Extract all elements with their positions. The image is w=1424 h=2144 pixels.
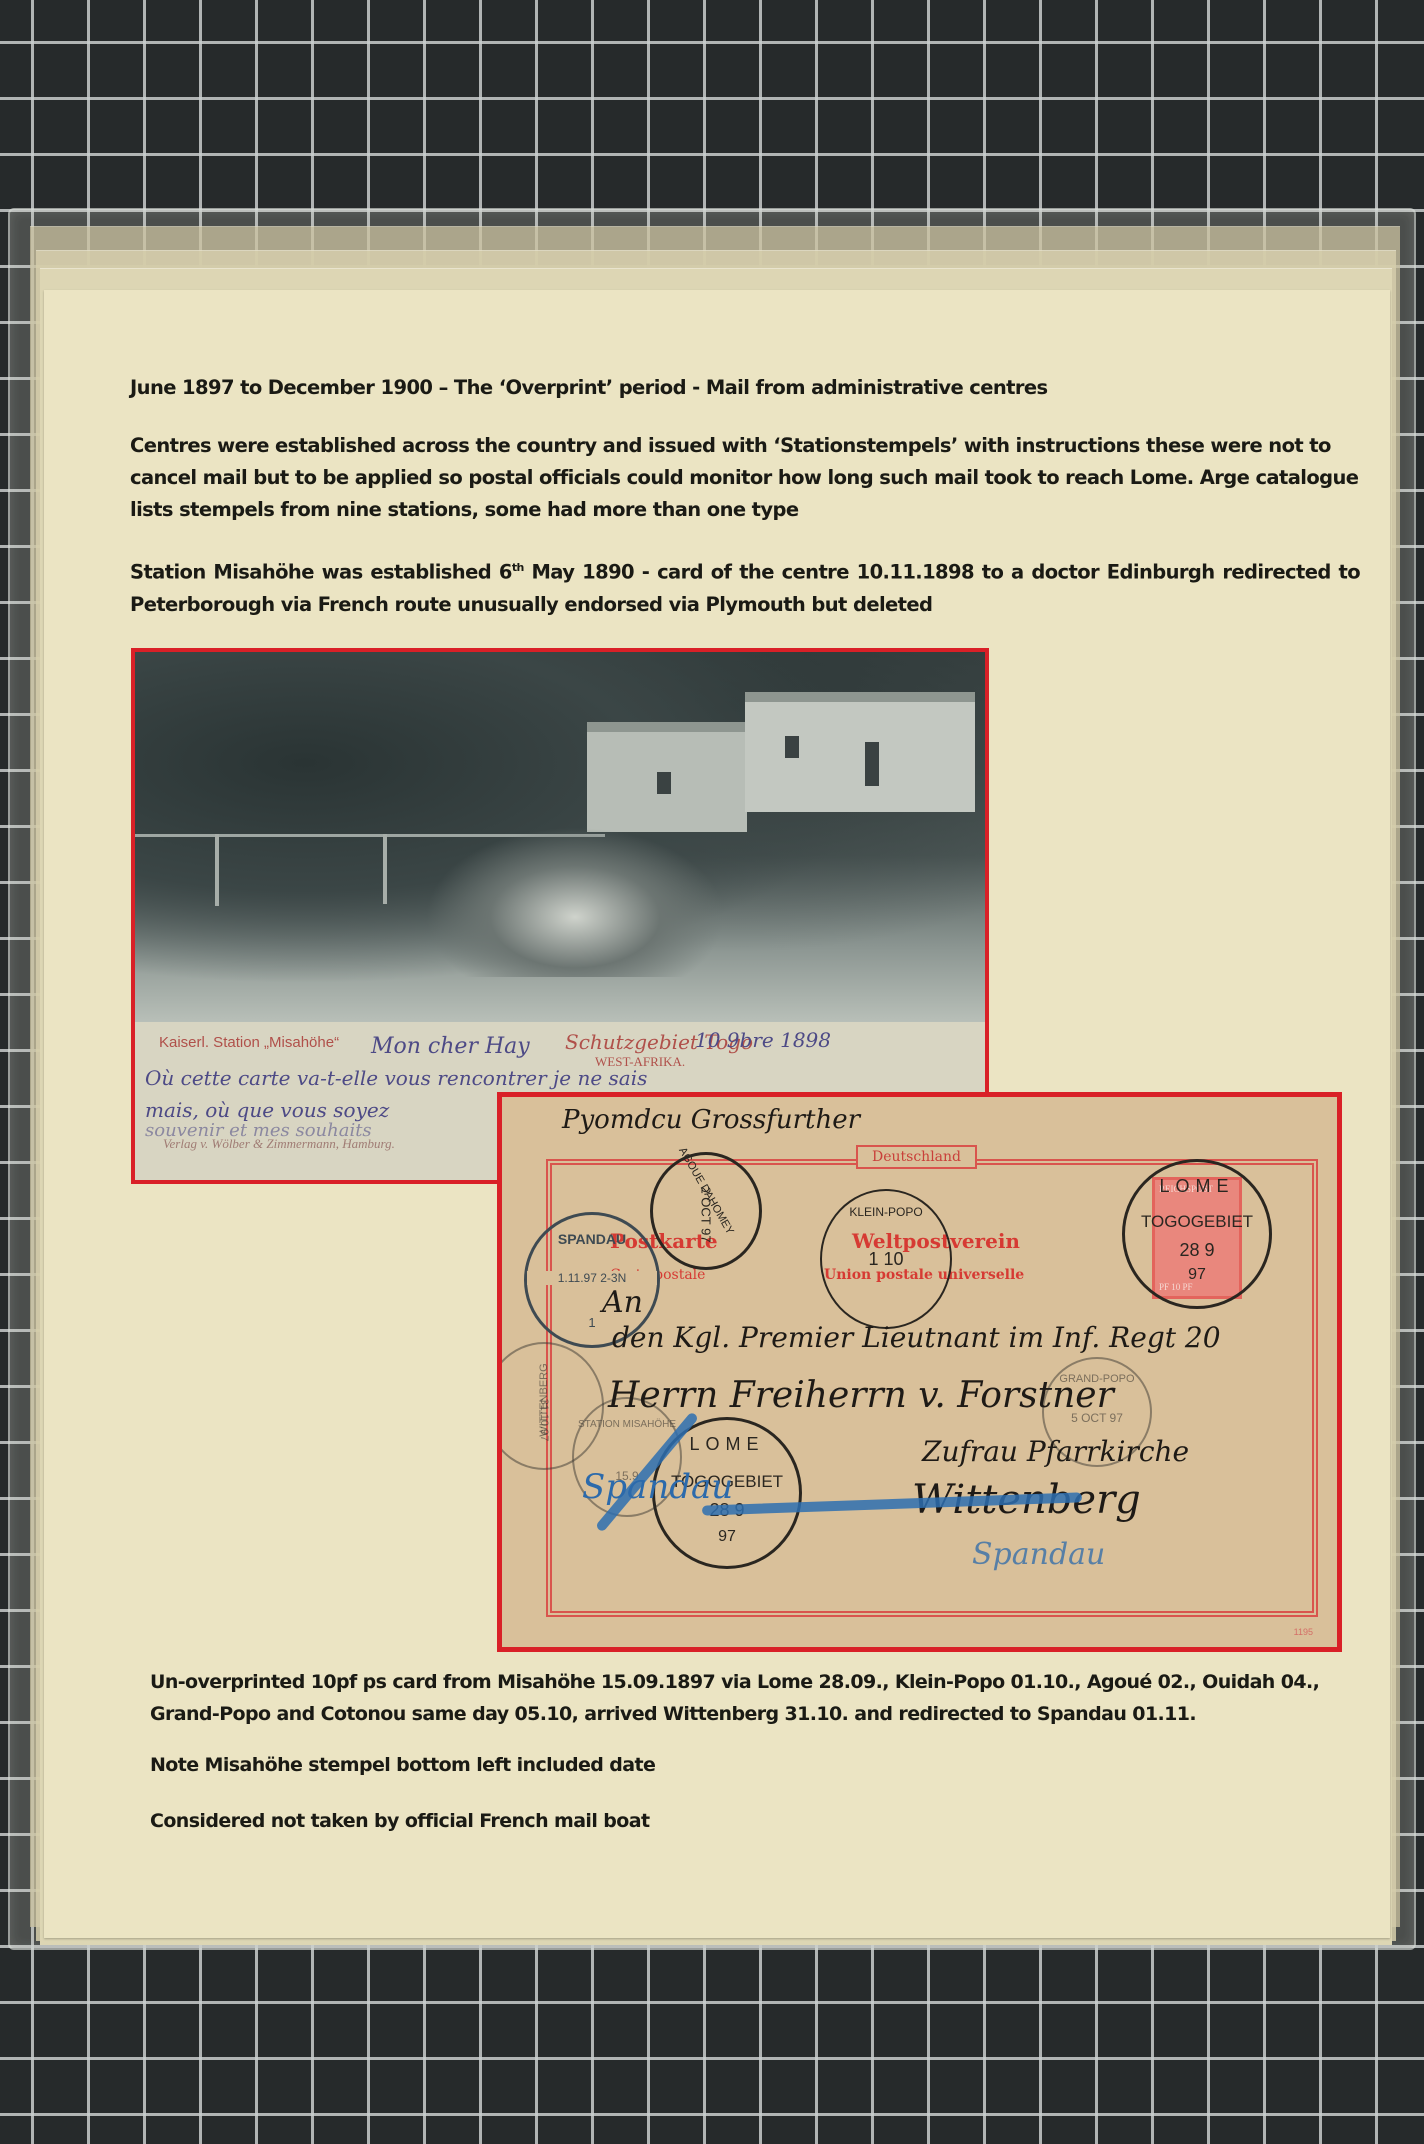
lome-cancel-top: LOME TOGOGEBIET 28 9 97 (1122, 1159, 1272, 1309)
handwritten-date: 10 9bre 1898 (695, 1028, 831, 1052)
cancel-text: 2 OCT 97 (699, 1162, 714, 1268)
address-line: Herrn Freiherrn v. Forstner (608, 1375, 1114, 1416)
redirect-handwriting: Spandau (972, 1537, 1105, 1572)
cancel-text: 1.11.97 2-3N (527, 1271, 657, 1285)
country-label: Deutschland (856, 1145, 977, 1169)
postcard-station-label: Kaiserl. Station „Misahöhe“ (159, 1034, 339, 1051)
note-text: Considered not taken by official French … (150, 1810, 649, 1832)
ordinal-suffix: th (512, 561, 524, 574)
intro-paragraph: Centres were established across the coun… (130, 430, 1360, 526)
cancel-text: 97 (655, 1528, 799, 1546)
card-caption: Un-overprinted 10pf ps card from Misahöh… (150, 1666, 1370, 1730)
handwritten-salutation: Mon cher Hay (371, 1034, 530, 1059)
cancel-text: 97 (1125, 1266, 1269, 1284)
group-of-people (425, 827, 725, 977)
cancel-text: 31.10.97 (538, 1362, 550, 1478)
address-line: den Kgl. Premier Lieutnant im Inf. Regt … (612, 1321, 1221, 1354)
station-photo (135, 652, 985, 1022)
cancel-text: SPANDAU (527, 1231, 657, 1247)
redirect-handwriting: Spandau (582, 1467, 733, 1507)
cancel-text: 28 9 (1125, 1240, 1269, 1261)
handwritten-line: Où cette carte va-t-elle vous rencontrer… (145, 1066, 647, 1090)
note-text: Note Misahöhe stempel bottom left includ… (150, 1754, 655, 1776)
album-page: June 1897 to December 1900 – The ‘Overpr… (44, 290, 1390, 1938)
handwritten-top-note: Pyomdcu Grossfurther (562, 1105, 860, 1135)
card-print-code: 1195 (1294, 1627, 1313, 1637)
page-title: June 1897 to December 1900 – The ‘Overpr… (130, 376, 1048, 399)
handwritten-line: mais, où que vous soyez (145, 1098, 389, 1122)
cancel-text: LOME (1125, 1176, 1269, 1197)
cancel-text: TOGOGEBIET (1125, 1212, 1269, 1232)
house (745, 692, 975, 812)
klein-popo-cancel: KLEIN-POPO 1 10 (820, 1189, 952, 1329)
cancel-text: KLEIN-POPO (822, 1205, 950, 1219)
cancel-text: 1 10 (822, 1249, 950, 1270)
station-text-start: Station Misahöhe was established 6 (130, 561, 512, 584)
cancel-text: STATION MISAHÖHE (574, 1419, 680, 1430)
postal-stationery-card: Pyomdcu Grossfurther Deutschland Postkar… (497, 1092, 1342, 1652)
address-line: Zufrau Pfarrkirche (922, 1435, 1189, 1468)
house (587, 722, 747, 832)
address-line: An (602, 1285, 643, 1320)
handwritten-line: souvenir et mes souhaits (145, 1120, 372, 1141)
agoue-cancel: AGOUE DAHOMEY 2 OCT 97 (650, 1152, 762, 1270)
station-paragraph: Station Misahöhe was established 6th May… (130, 552, 1360, 621)
